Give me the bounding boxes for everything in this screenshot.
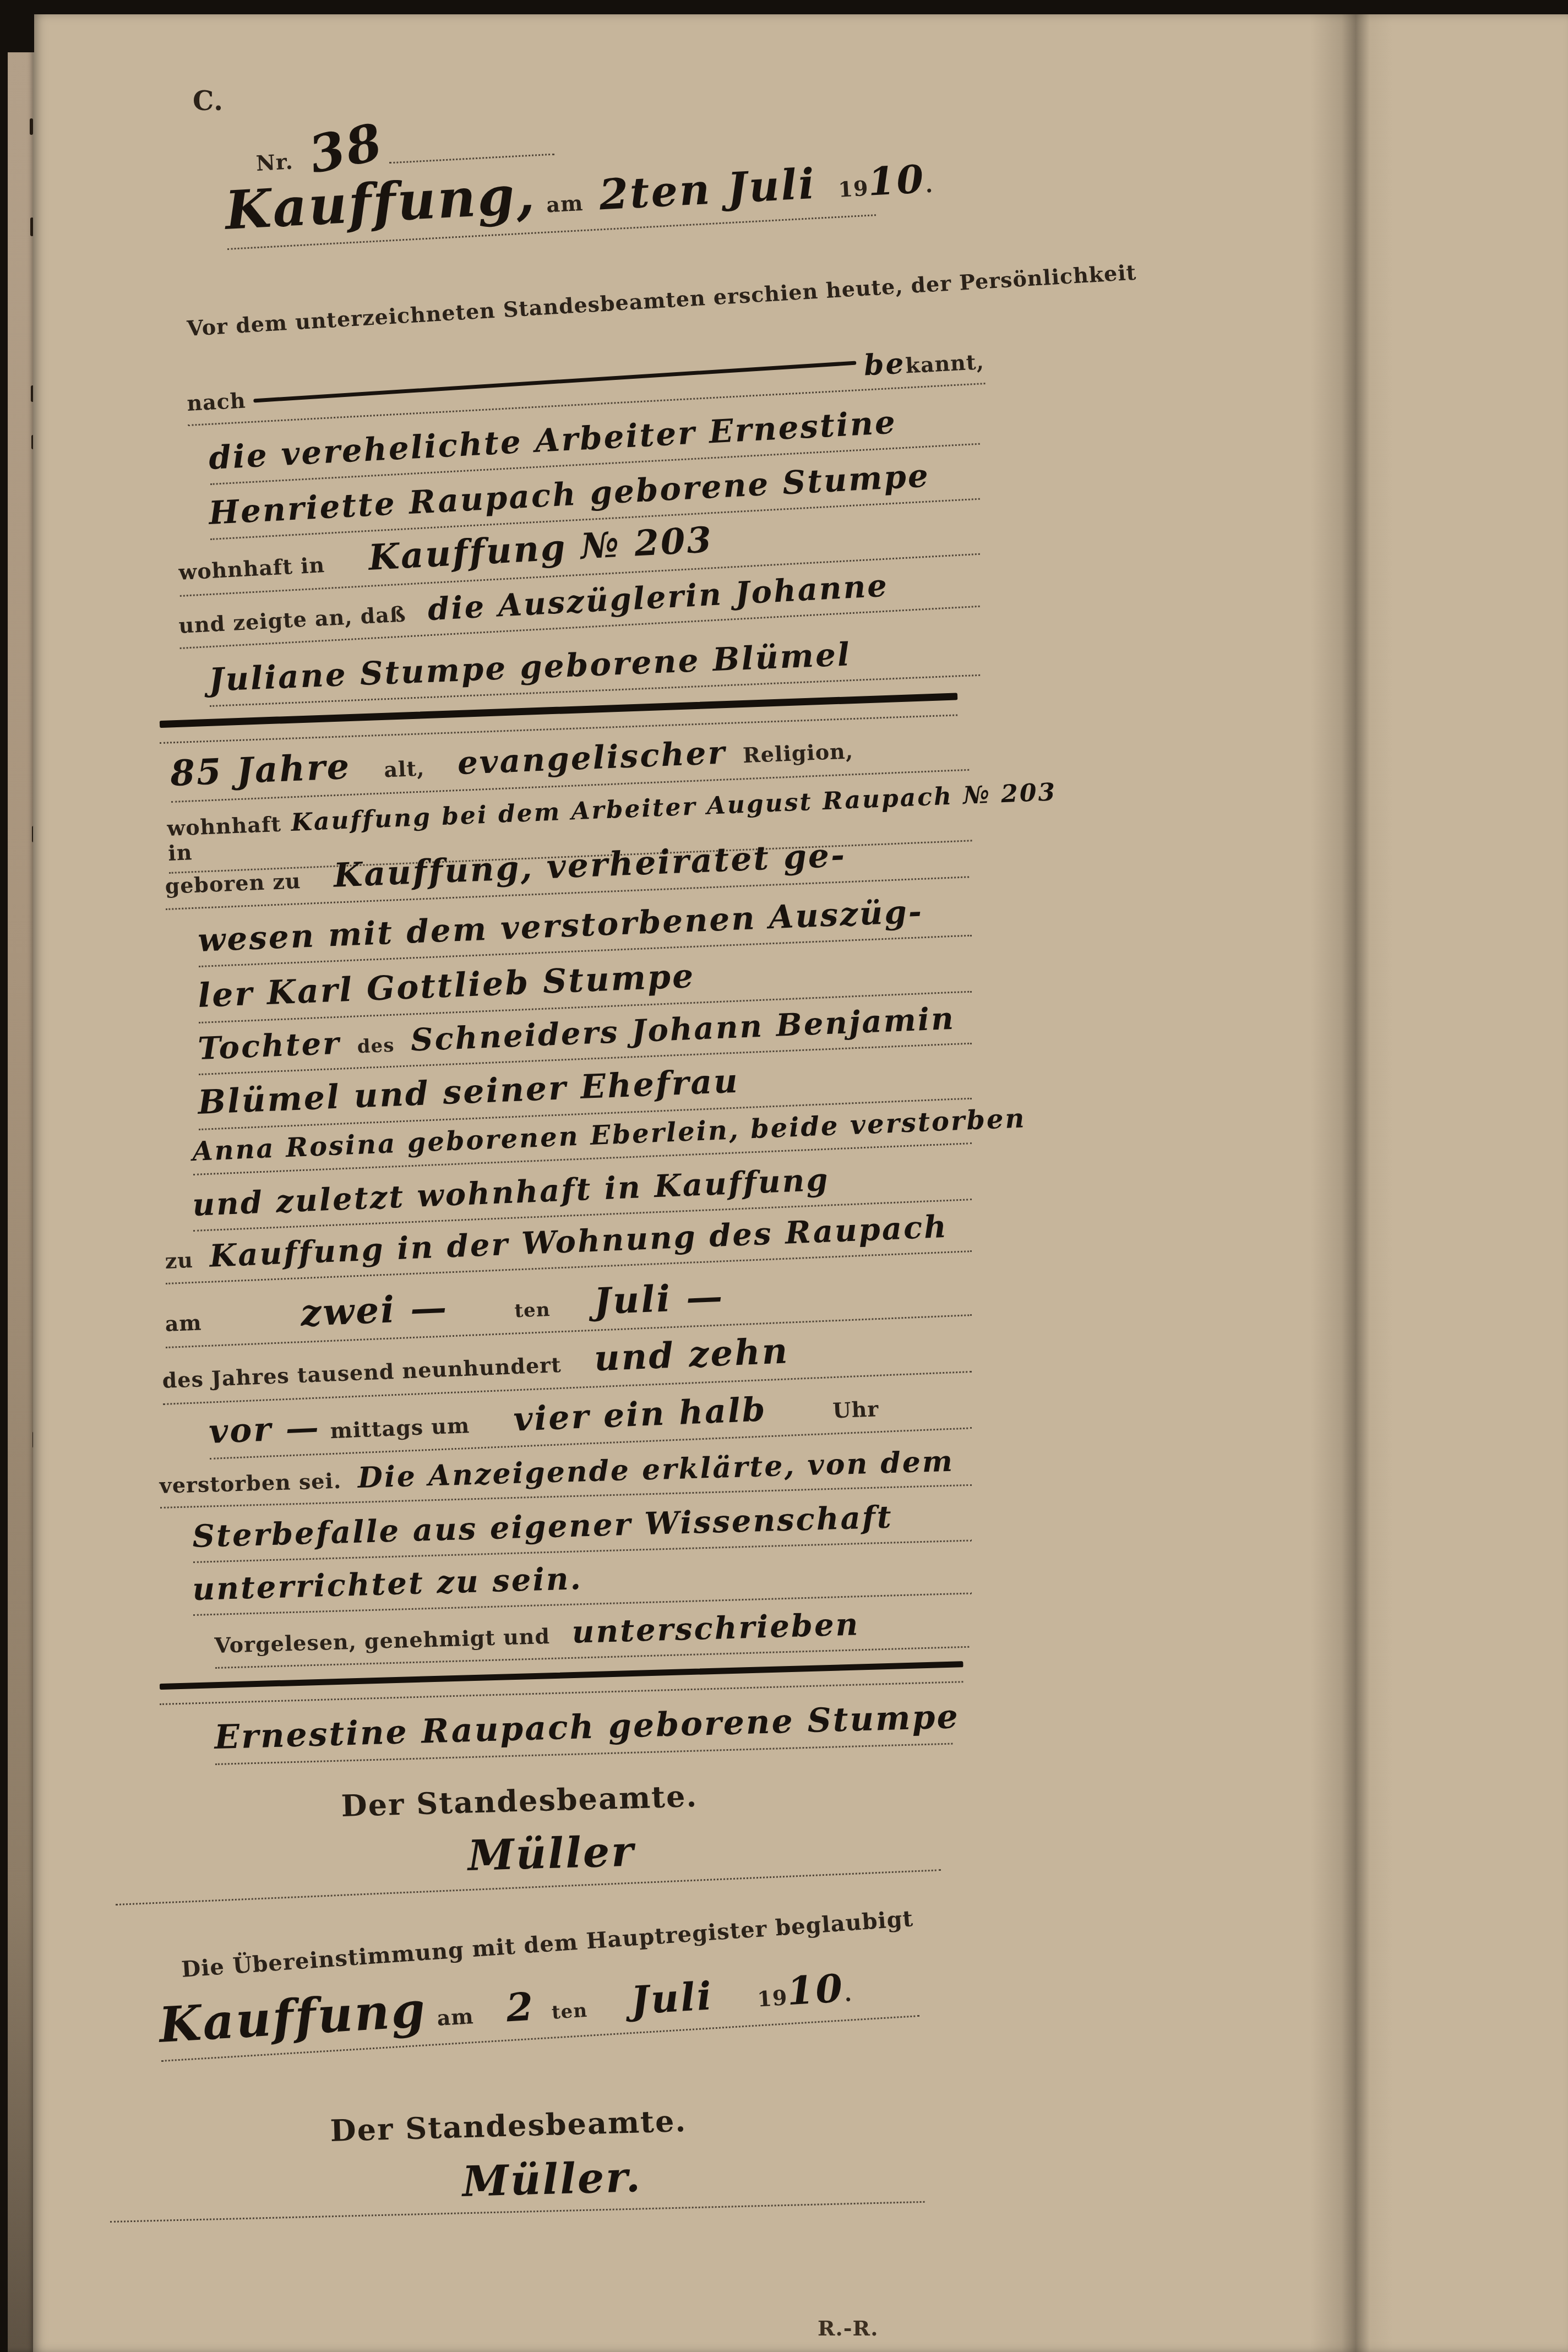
religion-label: Religion, — [742, 738, 853, 767]
statement-handwritten-3: unterrichtet zu sein. — [192, 1560, 583, 1608]
deceased-name-2: Juliane Stumpe geborene Blümel — [208, 635, 852, 699]
year-printed-prefix: 19 — [837, 176, 869, 202]
death-day-handwritten: zwei — — [300, 1286, 449, 1335]
wohnhaft-in-label-2: wohnhaft in — [167, 812, 283, 865]
deceased-name-row-2: Juliane Stumpe geborene Blümel — [208, 630, 980, 707]
kannt-label: kannt, — [905, 349, 984, 378]
uhr-label: Uhr — [832, 1396, 880, 1423]
ink-fill-stroke — [253, 361, 856, 403]
certification-am-label: am — [436, 2003, 474, 2030]
be-handwritten: be — [863, 347, 906, 383]
certification-period: . — [843, 1981, 853, 2006]
mittags-um-label: mittags um — [330, 1413, 470, 1443]
page-content: C. Nr. 38 Kauffung, am 2ten Juli 19 10 .… — [33, 14, 1568, 2352]
wohnhaft-in-label: wohnhaft in — [178, 552, 325, 585]
declarant-signature-handwritten: Ernestine Raupach geborene Stumpe — [214, 1697, 960, 1757]
head-day-month-handwritten: 2ten Juli — [598, 159, 817, 220]
nr-label: Nr. — [255, 149, 294, 175]
death-month-handwritten: Juli — — [593, 1275, 725, 1322]
tochter-handwritten: Tochter — [197, 1025, 341, 1067]
time-handwritten: vier ein halb — [513, 1390, 767, 1439]
death-year-handwritten: und zehn — [594, 1330, 790, 1379]
year-printed-label: des Jahres tausend neunhundert — [162, 1352, 562, 1393]
certification-place-handwritten: Kauffung — [157, 1980, 428, 2054]
official-signature-handwritten-1: Müller — [467, 1827, 636, 1880]
form-letter-c: C. — [193, 86, 224, 117]
head-period: . — [924, 172, 934, 198]
printers-mark: R.-R. — [818, 2316, 878, 2340]
ten-label: ten — [514, 1299, 551, 1322]
nach-label: nach — [186, 388, 246, 416]
age-handwritten: 85 Jahre — [170, 746, 352, 794]
standesbeamte-label-2: Der Standesbeamte. — [330, 2103, 687, 2148]
am-label-2: am — [165, 1310, 203, 1336]
head-month: Juli — [726, 159, 817, 213]
geboren-zu-label: geboren zu — [165, 868, 302, 899]
unterschrieben-handwritten: unterschrieben — [571, 1606, 860, 1651]
certification-ten-label: ten — [551, 2000, 588, 2024]
certification-day-handwritten: 2 — [505, 1984, 536, 2031]
des-label: des — [357, 1035, 395, 1058]
official-title-row-1: Der Standesbeamte. — [341, 1778, 698, 1823]
official-signature-handwritten-2: Müller. — [462, 2152, 643, 2206]
declarant-signature-row: Ernestine Raupach geborene Stumpe — [214, 1698, 953, 1765]
corner-letter: C. — [193, 86, 224, 117]
year-handwritten: 10 — [867, 156, 927, 204]
marriage-text-2: ler Karl Gottlieb Stumpe — [197, 957, 695, 1015]
certification-year-printed: 19 — [756, 1985, 788, 2011]
official-signature-row-2: Müller. — [462, 2152, 643, 2206]
zu-label: zu — [165, 1248, 194, 1273]
page-corner-shadow — [0, 0, 34, 52]
vorgelesen-row: Vorgelesen, genehmigt und unterschrieben — [214, 1603, 970, 1669]
official-title-row-2: Der Standesbeamte. — [330, 2103, 687, 2148]
vor-handwritten: vor — — [208, 1408, 321, 1451]
verstorben-sei-label: verstorben sei. — [159, 1468, 342, 1498]
zeigte-an-label: und zeigte an, daß — [178, 601, 406, 638]
certification-month-handwritten: Juli — [630, 1973, 715, 2023]
intro-printed-text: Vor dem unterzeichneten Standesbeamten e… — [186, 260, 1137, 341]
statement-handwritten-1: Die Anzeigende erklärte, von dem — [357, 1445, 955, 1495]
statement-handwritten-2: Sterbefalle aus eigener Wissenschaft — [192, 1499, 894, 1555]
printers-mark-row: R.-R. — [818, 2316, 878, 2340]
religion-handwritten: evangelischer — [457, 733, 727, 782]
official-signature-row-1: Müller — [467, 1827, 636, 1880]
standesbeamte-label-1: Der Standesbeamte. — [341, 1778, 698, 1823]
intro-line: Vor dem unterzeichneten Standesbeamten e… — [186, 260, 1137, 341]
vorgelesen-label: Vorgelesen, genehmigt und — [214, 1624, 550, 1658]
certification-year-handwritten: 10 — [786, 1965, 845, 2014]
am-label: am — [546, 190, 584, 217]
alt-label: alt, — [384, 755, 426, 782]
head-day: 2ten — [598, 165, 712, 220]
dotted-rule — [389, 154, 554, 164]
